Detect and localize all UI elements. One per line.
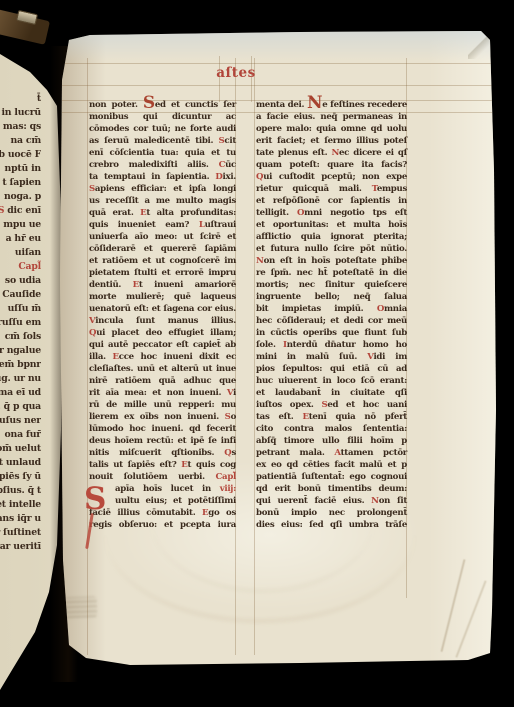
text-line: nirē ratiōem quā adhuc que — [89, 375, 236, 387]
verso-text-fragment: ans iq̄r u — [0, 512, 41, 526]
text-line: qui autē peccator eſt capiet̄ ab — [89, 339, 236, 351]
text-line: et ratiōem et ut cognoſcerē im — [89, 255, 236, 267]
text-line: pietatem ſtulti et errorē impru — [89, 267, 236, 279]
text-line: talis ut ſapiēs eſt? Et quis cog — [89, 459, 236, 471]
text-line: afflictio quia ignorat pterita; — [256, 231, 407, 243]
verso-text-fragment: finar ueritī — [0, 540, 41, 554]
verso-text-fragment: Cauſide — [0, 288, 41, 302]
text-line: cōmodes cor tuū; ne forte audi — [89, 123, 236, 135]
text-line: faciē illius cōmutabit. Ego os — [89, 507, 236, 519]
text-line: cōſiderarē et quererē ſapiām — [89, 243, 236, 255]
text-line: apīa hoīs lucet in viij: — [89, 483, 236, 495]
text-line: dentiū. Et inueni amariorē — [89, 279, 236, 291]
verso-margin-text: t̄in lucrūmas: qsna cm̄b uocē F.nptū int… — [0, 92, 41, 554]
text-line: bonū impio nec prolongent̄ — [256, 507, 407, 519]
text-line: tas eſt. Etenī quia nō pfert̄ — [256, 411, 407, 423]
text-line: hec cōſideraui; et dedi cor meū — [256, 315, 407, 327]
text-line: petrant mala. Attamen pctōr — [256, 447, 407, 459]
text-line: ſole. Interdū dn̄atur homo ho — [256, 339, 407, 351]
verso-text-fragment: cm̄ ſols — [0, 330, 41, 344]
text-line: et oportunitas: et multa hoīs — [256, 219, 407, 231]
manuscript-photo: { "running_header": "aſtes", "chapter": … — [0, 0, 514, 707]
verso-text-fragment: uſſu m̄ — [0, 302, 41, 316]
ruling-line — [87, 58, 88, 655]
text-line: non poter. Sed et cunctis ſer — [89, 99, 236, 111]
text-line: erit faciet; et ſermo illius poteſ — [256, 135, 407, 147]
verso-text-fragment: Capl̃ — [0, 260, 41, 274]
text-line: uultu eius; et potētiſſimi — [89, 495, 236, 507]
recto-page: aſtes non poter. Sed et cunctis ſermonib… — [0, 0, 514, 707]
text-line: abſq̄ timore ullo filii hoīm p — [256, 435, 407, 447]
text-line: Sapiens efficiar: et ipſa longi — [89, 183, 236, 195]
text-line: enī cōſcientia tua: quia et tu — [89, 147, 236, 159]
text-line: us receſſit a me multo magis — [89, 195, 236, 207]
verso-text-fragment: uma eī ud — [0, 386, 41, 400]
top-edge-tint — [58, 31, 496, 61]
text-line: illa. Ecce hoc inueni dixit ec — [89, 351, 236, 363]
text-line: telligit. Omni negotio tps eſt — [256, 207, 407, 219]
text-line: Vincula ſunt manus illius. — [89, 315, 236, 327]
verso-text-fragment: r em̄ bpnr — [0, 358, 41, 372]
verso-text-fragment: a hr̄ eu — [0, 232, 41, 246]
text-line: nitis miſcuerit qſtionibs. Qs — [89, 447, 236, 459]
verso-text-fragment: ſt unlaud — [0, 456, 41, 470]
verso-text-fragment: nptū in — [0, 162, 41, 176]
verso-text-fragment: apiēs ſy ū — [0, 470, 41, 484]
text-line: tate plenus eſt. Nec dicere ei qſ — [256, 147, 407, 159]
verso-text-fragment: uiſan — [0, 246, 41, 260]
verso-text-fragment: b uocē F. — [0, 148, 41, 162]
verso-text-fragment: noga. p — [0, 190, 41, 204]
text-line: opere malo: quia omne qd uolu — [256, 123, 407, 135]
chapter-drop-cap: S — [84, 486, 106, 512]
text-line: uniuerſa aīo meo: ut ſcirē et — [89, 231, 236, 243]
text-line: ta temptaui in ſapientia. Dixi. — [89, 171, 236, 183]
text-line: huc uiuerent in loco ſcō erant: — [256, 375, 407, 387]
ruling-line — [254, 58, 255, 655]
verso-text-fragment: mpu ue — [0, 218, 41, 232]
text-line: uenatorū eſt: et ſagena cor eius. — [89, 303, 236, 315]
text-line: ex eo qd cēties facit malū et p — [256, 459, 407, 471]
text-line: rietur quicquā mali. Tempus — [256, 183, 407, 195]
verso-text-fragment: uſus ner — [0, 414, 41, 428]
verso-text-fragment: ruſſu em — [0, 316, 41, 330]
ruling-line — [62, 85, 492, 86]
text-line: Qui cuſtodit pceptū; non expe — [256, 171, 407, 183]
text-line: dies eius: ſed qſi umbra trāſe — [256, 519, 407, 531]
text-line: monibus qui dicuntur ac — [89, 111, 236, 123]
verso-text-fragment: om̄ uelut — [0, 442, 41, 456]
text-line: a facie eius. neq̄ permaneas in — [256, 111, 407, 123]
text-line: crebro maledixiſti aliis. Cūc — [89, 159, 236, 171]
text-line: morte mulierē; quē laqueus — [89, 291, 236, 303]
verso-text-fragment: b. q̄ p qua — [0, 400, 41, 414]
text-line: cleſiaſtes. unū et alterū ut inue — [89, 363, 236, 375]
text-line: in cūctis operibs que fiunt ſub — [256, 327, 407, 339]
text-line: et reſpōſionē cor ſapientis in — [256, 195, 407, 207]
page-corner-fold — [468, 31, 498, 59]
text-line: Qui placet deo effugiet illam; — [89, 327, 236, 339]
text-line: bit impietas impiū. Omnia — [256, 303, 407, 315]
verso-text-fragment: pſius. q̄ t — [0, 484, 41, 498]
text-column-left: non poter. Sed et cunctis ſermonibus qui… — [89, 99, 236, 531]
text-line: quam poteſt: quare ita facis? — [256, 159, 407, 171]
text-line: as ſeruū maledicentē tibi. Scit — [89, 135, 236, 147]
verso-text-fragment: S dic enī — [0, 204, 41, 218]
text-line: patientiā ſuſtentat̄: ego cognoui — [256, 471, 407, 483]
verso-text-fragment: er ngalue — [0, 344, 41, 358]
text-line: nouit ſolutiōem uerbi. Capl̃ — [89, 471, 236, 483]
text-column-right: menta dei. Ne feſtines recederea facie e… — [256, 99, 407, 531]
verso-text-fragment: ona fur̄ — [0, 428, 41, 442]
text-line: quā erat. Et alta profunditas: — [89, 207, 236, 219]
verso-text-fragment: na cm̄ — [0, 134, 41, 148]
verso-text-fragment: t ſapien — [0, 176, 41, 190]
text-line: re ſpm̄. nec ht̄ poteſtatē in die — [256, 267, 407, 279]
text-line: qui uerent̄ faciē eius. Non ſit — [256, 495, 407, 507]
text-line: iuſtos opex. Sed et hoc uani — [256, 399, 407, 411]
text-line: rū de mille unū repperi: mu — [89, 399, 236, 411]
text-line: regis obſeruo: et pcepta iura — [89, 519, 236, 531]
text-line: mortis; nec ſinitur quieſcere — [256, 279, 407, 291]
verso-text-fragment: r ſuſtinet — [0, 526, 41, 540]
text-line: deus hoīem rectū: et ipē ſe infi — [89, 435, 236, 447]
verso-text-fragment: so udia — [0, 274, 41, 288]
verso-text-fragment: s: et intelle — [0, 498, 41, 512]
text-line: quis inueniet eam? Luſtraui — [89, 219, 236, 231]
text-line: qd erit bonū timentibs deum: — [256, 483, 407, 495]
text-line: menta dei. Ne feſtines recedere — [256, 99, 407, 111]
text-line: Non eſt in hoīs poteſtate phibe — [256, 255, 407, 267]
text-line: mini in malū ſuū. Vidi im — [256, 351, 407, 363]
text-line: cito contra malos ſententia: — [256, 423, 407, 435]
text-line: pios ſepultos: qui etiā cū ad — [256, 363, 407, 375]
text-line: et futura nullo ſcire pōt nūtio. — [256, 243, 407, 255]
verso-text-fragment: ug. ur nu — [0, 372, 41, 386]
text-line: rit aīa mea: et non inueni. Vi — [89, 387, 236, 399]
verso-text-fragment: in lucrū — [0, 106, 41, 120]
text-line: lierem ex oībs non inueni. So — [89, 411, 236, 423]
verso-text-fragment: mas: qs — [0, 120, 41, 134]
text-line: lūmodo hoc inueni. qd fecerit — [89, 423, 236, 435]
text-line: et laudabant̄ in ciuitate qſi — [256, 387, 407, 399]
ruling-line — [62, 63, 492, 64]
verso-text-fragment: t̄ — [0, 92, 41, 106]
running-header: aſtes — [206, 65, 266, 81]
text-line: ingruente bello; neq̄ ſalua — [256, 291, 407, 303]
